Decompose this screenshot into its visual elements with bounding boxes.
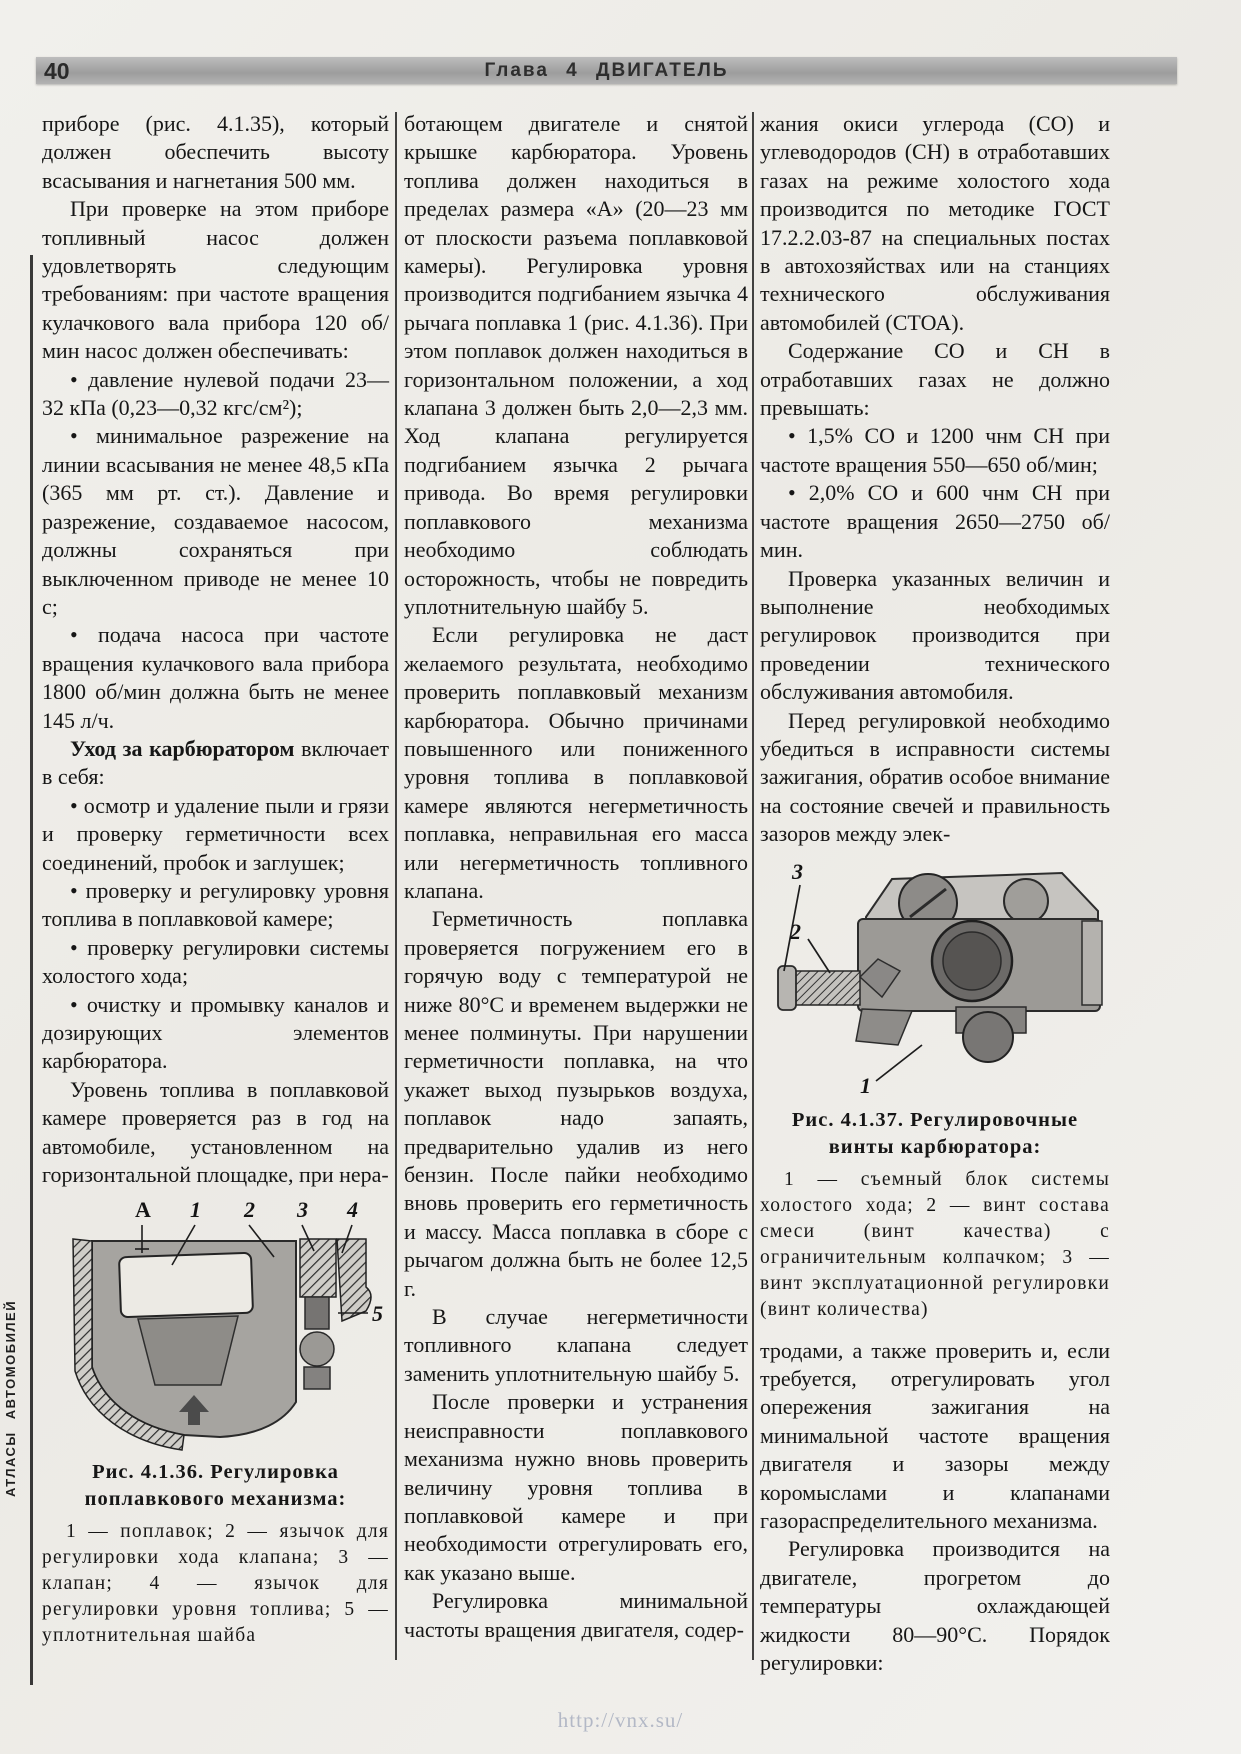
bullet-item: • минимальное разрежение на линии всасыв…	[42, 422, 389, 621]
paragraph: Уровень топлива в поплавковой камере про…	[42, 1076, 389, 1190]
figure-label-1: 1	[860, 1073, 871, 1098]
figure-label-3: 3	[296, 1199, 308, 1222]
paragraph: В случае негерметичности топливного клап…	[404, 1303, 748, 1388]
float-chamber-diagram: А 1 2 3 4 5	[42, 1199, 389, 1451]
bullet-item: • проверку регулировки системы холостого…	[42, 934, 389, 991]
bullet-item: • осмотр и удаление пыли и грязи и прове…	[42, 792, 389, 877]
figure-label-A: А	[135, 1199, 151, 1222]
paragraph: Если регулировка не даст желаемого резул…	[404, 621, 748, 905]
paragraph: Проверка указанных величин и выполнение …	[760, 565, 1110, 707]
paragraph: Перед регулировкой необходимо убедиться …	[760, 707, 1110, 849]
paragraph: Содержание СО и СН в отработавших газах …	[760, 337, 1110, 422]
bullet-item: • проверку и регулировку уровня топлива …	[42, 877, 389, 934]
figure-caption: Рис. 4.1.36. Регулировка поплавкового ме…	[42, 1459, 389, 1513]
text-column-2: ботающем двигателе и снятой крышке карбю…	[404, 110, 748, 1644]
figure-label-2: 2	[243, 1199, 255, 1222]
carburetor-screws-diagram: 3 2 1	[760, 859, 1110, 1099]
figure-label-3: 3	[791, 859, 803, 884]
column-divider	[395, 112, 397, 1660]
paragraph: приборе (рис. 4.1.35), который должен об…	[42, 110, 389, 195]
paragraph: тродами, а также проверить и, если требу…	[760, 1337, 1110, 1536]
figure-label-2: 2	[789, 919, 801, 944]
paragraph: После проверки и устранения неисправност…	[404, 1388, 748, 1587]
paragraph: Регулировка минимальной частоты вращения…	[404, 1587, 748, 1644]
paragraph: При проверке на этом приборе топливный н…	[42, 195, 389, 365]
paragraph: Уход за карбюратором включает в себя:	[42, 735, 389, 792]
page-edge-line	[30, 255, 33, 1685]
bullet-item: • подача насоса при частоте вращения кул…	[42, 621, 389, 735]
figure-4-1-36: А 1 2 3 4 5 Рис. 4.1.36. Регулировка поп…	[42, 1199, 389, 1649]
bullet-item: • давление нулевой подачи 23—32 кПа (0,2…	[42, 366, 389, 423]
bold-lead: Уход за карбюратором	[70, 736, 294, 761]
margin-series-label: АТЛАСЫ АВТОМОБИЛЕЙ	[3, 1300, 18, 1497]
figure-key: 1 — поплавок; 2 — язычок для регулировки…	[42, 1519, 389, 1649]
figure-key: 1 — съемный блок системы холостого хода;…	[760, 1167, 1110, 1323]
bullet-item: • 2,0% СО и 600 чнм СН при частоте враще…	[760, 479, 1110, 564]
paragraph: жания окиси углерода (СО) и углеводородо…	[760, 110, 1110, 337]
figure-caption: Рис. 4.1.37. Регулировочные винты карбюр…	[760, 1107, 1110, 1161]
chapter-title: Глава 4 ДВИГАТЕЛЬ	[36, 60, 1177, 82]
paragraph: Герметичность поплавка проверяется погру…	[404, 905, 748, 1303]
text-column-3: жания окиси углерода (СО) и углеводородо…	[760, 110, 1110, 1677]
page-header-bar: 40 Глава 4 ДВИГАТЕЛЬ	[36, 57, 1177, 84]
figure-label-4: 4	[346, 1199, 358, 1222]
bullet-item: • 1,5% СО и 1200 чнм СН при частоте вращ…	[760, 422, 1110, 479]
text-column-1: приборе (рис. 4.1.35), который должен об…	[42, 110, 389, 1649]
paragraph: Регулировка производится на двигателе, п…	[760, 1535, 1110, 1677]
figure-4-1-37: 3 2 1 Рис. 4.1.37. Регулировочные винты …	[760, 859, 1110, 1323]
figure-label-1: 1	[190, 1199, 201, 1222]
footer-url: http://vnx.su/	[0, 1708, 1241, 1733]
bullet-item: • очистку и промывку каналов и дозирующи…	[42, 991, 389, 1076]
scanned-page: 40 Глава 4 ДВИГАТЕЛЬ АТЛАСЫ АВТОМОБИЛЕЙ …	[0, 0, 1241, 1754]
paragraph: ботающем двигателе и снятой крышке карбю…	[404, 110, 748, 621]
column-divider	[752, 112, 754, 1660]
figure-label-5: 5	[372, 1301, 383, 1326]
